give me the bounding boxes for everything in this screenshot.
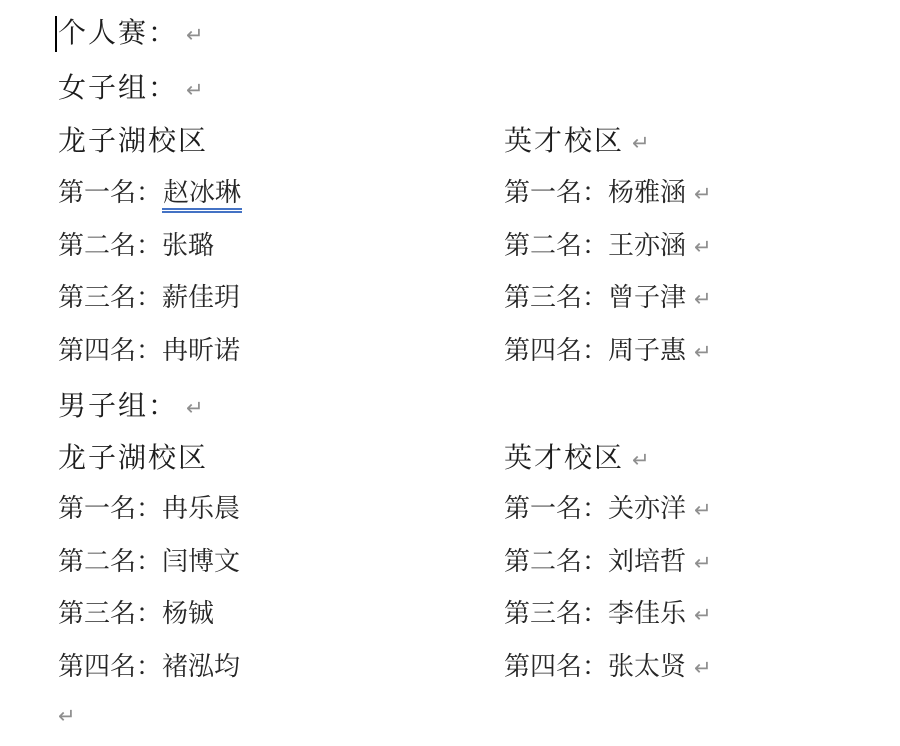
rank-label: 第二名：: [58, 547, 162, 576]
paragraph-mark-icon: ↵: [694, 340, 712, 364]
campus-name-right: 英才校区: [504, 125, 624, 156]
rank-label: 第三名：: [504, 599, 608, 628]
paragraph-mark-icon: ↵: [694, 182, 712, 206]
right-column: 第三名：李佳乐↵: [504, 596, 712, 633]
heading-line: 个人赛：↵: [58, 13, 868, 55]
rank-row: 第三名：杨铖 第三名：李佳乐↵: [58, 596, 868, 632]
right-column: 第一名：杨雅涵↵: [504, 175, 712, 212]
right-column: 第二名：刘培哲↵: [504, 544, 712, 581]
empty-paragraph-line: ↵: [58, 697, 868, 734]
winner-name: 李佳乐: [608, 599, 686, 628]
rank-label: 第一名：: [504, 494, 608, 523]
paragraph-mark-icon: ↵: [186, 23, 204, 47]
rank-row: 第四名：冉昕诺 第四名：周子惠↵: [58, 333, 868, 369]
group-line-women: 女子组：↵: [58, 68, 868, 110]
group-label: 女子组：: [58, 72, 178, 103]
rank-row: 第二名：张璐 第二名：王亦涵↵: [58, 228, 868, 264]
winner-name: 周子惠: [608, 336, 686, 365]
rank-label: 第二名：: [58, 231, 162, 260]
rank-row: 第二名：闫博文 第二名：刘培哲↵: [58, 544, 868, 580]
right-column: 第四名：张太贤↵: [504, 649, 712, 686]
paragraph-mark-icon: ↵: [694, 235, 712, 259]
rank-label: 第三名：: [58, 599, 162, 628]
rank-label: 第一名：: [58, 494, 162, 523]
campus-name-left: 龙子湖校区: [58, 125, 208, 156]
right-column: 英才校区↵: [504, 121, 650, 163]
rank-row: 第四名：褚泓均 第四名：张太贤↵: [58, 649, 868, 685]
rank-label: 第三名：: [58, 283, 162, 312]
winner-name: 闫博文: [162, 547, 240, 576]
rank-row: 第三名：薪佳玥 第三名：曾子津↵: [58, 280, 868, 316]
document-canvas[interactable]: 个人赛：↵ 女子组：↵ 龙子湖校区 英才校区↵ 第一名：赵冰琳 第一名：杨雅涵↵…: [0, 0, 900, 746]
rank-row: 第一名：赵冰琳 第一名：杨雅涵↵: [58, 175, 868, 211]
rank-label: 第一名：: [504, 178, 608, 207]
winner-name: 曾子津: [608, 283, 686, 312]
campus-name-right: 英才校区: [504, 442, 624, 473]
paragraph-mark-icon: ↵: [632, 131, 650, 155]
right-column: 第二名：王亦涵↵: [504, 228, 712, 265]
rank-label: 第四名：: [58, 652, 162, 681]
rank-label: 第三名：: [504, 283, 608, 312]
paragraph-mark-icon: ↵: [694, 603, 712, 627]
rank-label: 第四名：: [504, 652, 608, 681]
winner-name: 张璐: [162, 231, 214, 260]
rank-label: 第四名：: [504, 336, 608, 365]
winner-name: 王亦涵: [608, 231, 686, 260]
winner-name: 冉乐晨: [162, 494, 240, 523]
paragraph-mark-icon: ↵: [694, 656, 712, 680]
winner-name: 张太贤: [608, 652, 686, 681]
paragraph-mark-icon: ↵: [58, 704, 76, 728]
heading-text: 个人赛：: [58, 17, 178, 48]
group-line-men: 男子组：↵: [58, 386, 868, 428]
winner-name: 杨雅涵: [608, 178, 686, 207]
winner-name: 冉昕诺: [162, 336, 240, 365]
paragraph-mark-icon: ↵: [632, 448, 650, 472]
rank-label: 第二名：: [504, 547, 608, 576]
winner-name: 褚泓均: [162, 652, 240, 681]
paragraph-mark-icon: ↵: [694, 551, 712, 575]
right-column: 第四名：周子惠↵: [504, 333, 712, 370]
winner-name: 刘培哲: [608, 547, 686, 576]
right-column: 第一名：关亦洋↵: [504, 491, 712, 528]
winner-name: 杨铖: [162, 599, 214, 628]
rank-label: 第一名：: [58, 178, 162, 207]
paragraph-mark-icon: ↵: [694, 287, 712, 311]
text-cursor: [55, 16, 57, 52]
paragraph-mark-icon: ↵: [186, 78, 204, 102]
right-column: 第三名：曾子津↵: [504, 280, 712, 317]
winner-name: 薪佳玥: [162, 283, 240, 312]
rank-label: 第四名：: [58, 336, 162, 365]
rank-row: 第一名：冉乐晨 第一名：关亦洋↵: [58, 491, 868, 527]
winner-name: 赵冰琳: [162, 178, 242, 213]
campus-name-left: 龙子湖校区: [58, 442, 208, 473]
group-label: 男子组：: [58, 390, 178, 421]
rank-label: 第二名：: [504, 231, 608, 260]
paragraph-mark-icon: ↵: [694, 498, 712, 522]
paragraph-mark-icon: ↵: [186, 396, 204, 420]
campus-header-line-men: 龙子湖校区 英才校区↵: [58, 438, 868, 478]
campus-header-line-women: 龙子湖校区 英才校区↵: [58, 121, 868, 161]
winner-name: 关亦洋: [608, 494, 686, 523]
right-column: 英才校区↵: [504, 438, 650, 480]
